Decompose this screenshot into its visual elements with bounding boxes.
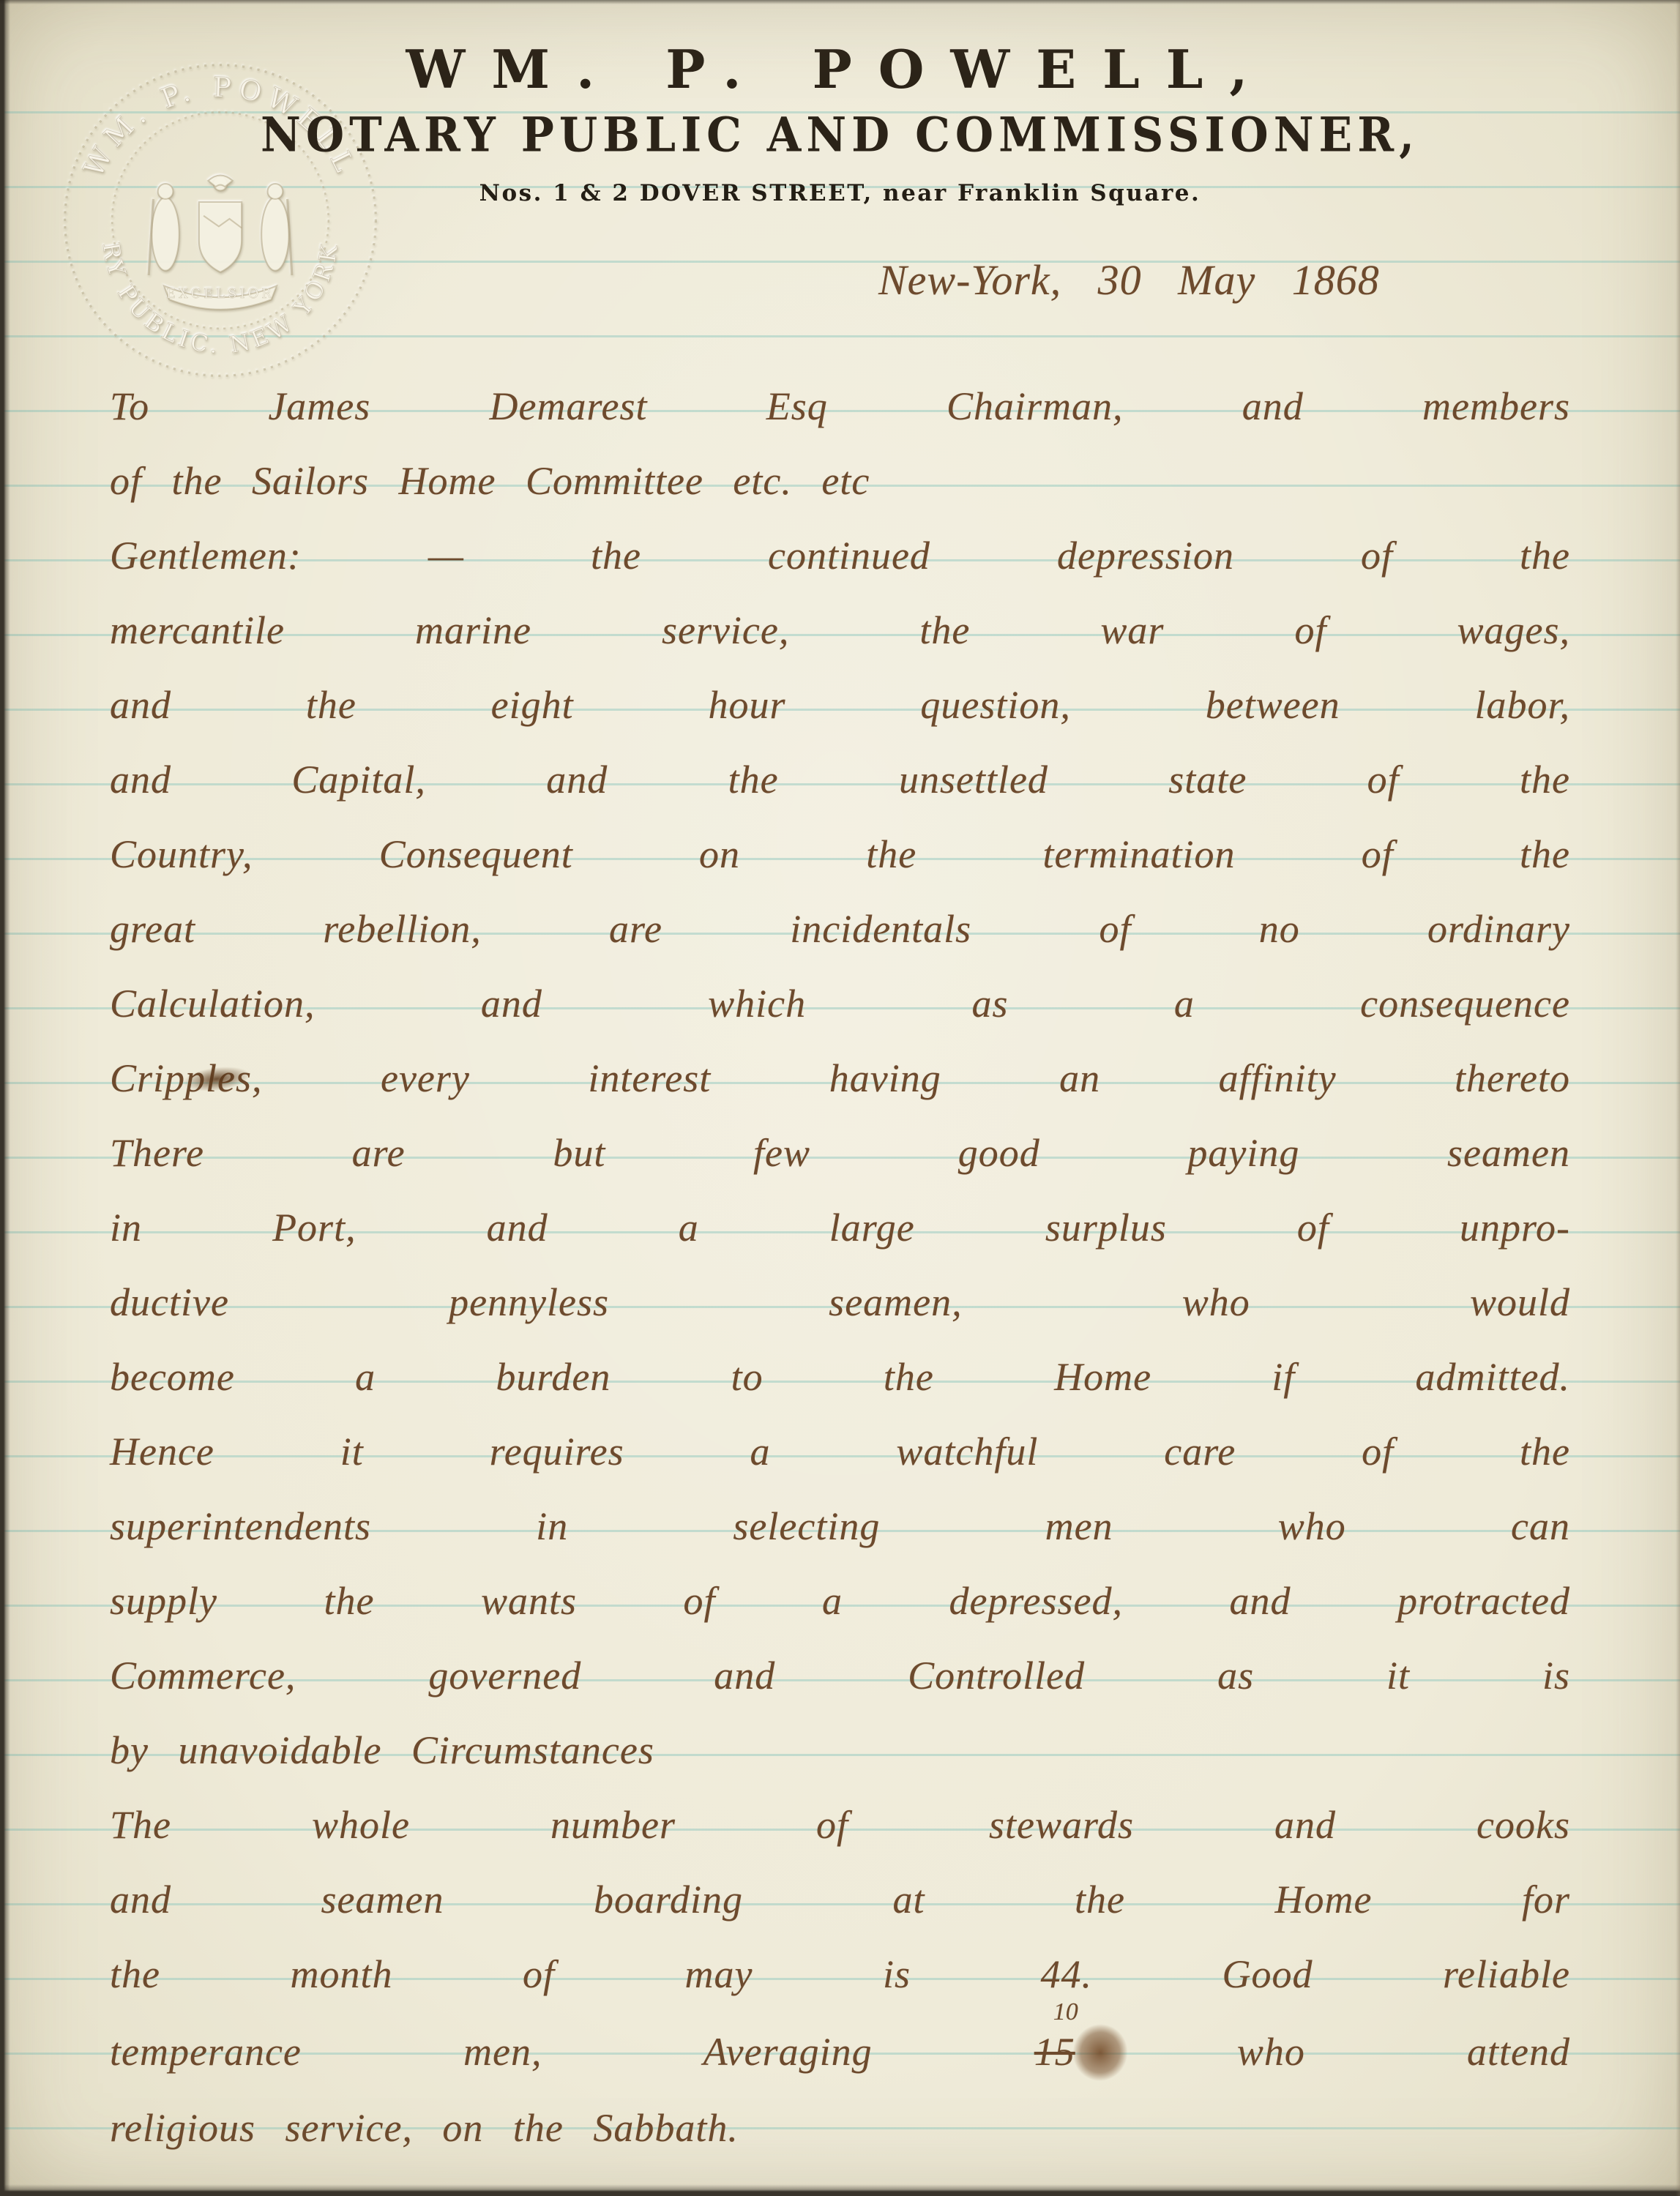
letter-line: and Capital, and the unsettled state of … bbox=[110, 754, 1570, 805]
corrected-number: 15 10 bbox=[1034, 2026, 1075, 2077]
letter-line: Calculation, and which as a consequence bbox=[110, 978, 1570, 1029]
scanned-letter-page: WM. P. POWELL NOTARY PUBLIC. NEW YORK CI… bbox=[0, 0, 1680, 2196]
letter-line-recipient-2: of the Sailors Home Committee etc. etc bbox=[110, 455, 1570, 507]
scan-edge-right bbox=[1676, 0, 1680, 2196]
letter-line: Country, Consequent on the termination o… bbox=[110, 829, 1570, 880]
letter-line: Commerce, governed and Controlled as it … bbox=[110, 1650, 1570, 1701]
letter-line: mercantile marine service, the war of wa… bbox=[110, 605, 1570, 656]
letter-line: great rebellion, are incidentals of no o… bbox=[110, 903, 1570, 955]
letter-line: supply the wants of a depressed, and pro… bbox=[110, 1575, 1570, 1627]
letterhead-title: NOTARY PUBLIC AND COMMISSIONER, bbox=[0, 108, 1680, 163]
letter-line: in Port, and a large surplus of unpro- bbox=[110, 1202, 1570, 1253]
letter-line: The whole number of stewards and cooks bbox=[110, 1799, 1570, 1850]
letter-line: superintendents in selecting men who can bbox=[110, 1501, 1570, 1552]
letterhead-address: Nos. 1 & 2 DOVER STREET, near Franklin S… bbox=[0, 180, 1680, 206]
correction-before-text: temperance men, Averaging bbox=[110, 2030, 873, 2074]
letter-line: Gentlemen: — the continued depression of… bbox=[110, 530, 1570, 581]
letter-line-recipient-1: To James Demarest Esq Chairman, and memb… bbox=[110, 381, 1570, 432]
letter-line-correction: temperance men, Averaging 15 10 who atte… bbox=[110, 2026, 1570, 2077]
scan-edge-bottom bbox=[0, 2184, 1680, 2196]
letter-line: and the eight hour question, between lab… bbox=[110, 679, 1570, 731]
scan-edge-left bbox=[0, 0, 10, 2196]
letter-line: the month of may is 44. Good reliable bbox=[110, 1949, 1570, 2000]
letter-line: become a burden to the Home if admitted. bbox=[110, 1351, 1570, 1403]
correction-after-text: who attend bbox=[1237, 2030, 1570, 2074]
letter-line-closing: religious service, on the Sabbath. bbox=[110, 2102, 1570, 2154]
scan-edge-top bbox=[0, 0, 1680, 4]
letter-line: by unavoidable Circumstances bbox=[110, 1725, 1570, 1776]
letterhead-name: WM. P. POWELL, bbox=[0, 38, 1680, 100]
date-line: New-York, 30 May 1868 bbox=[878, 255, 1581, 306]
letter-line: There are but few good paying seamen bbox=[110, 1127, 1570, 1179]
letter-line: ductive pennyless seamen, who would bbox=[110, 1277, 1570, 1328]
letter-line: Hence it requires a watchful care of the bbox=[110, 1426, 1570, 1477]
embossed-notary-seal: WM. P. POWELL NOTARY PUBLIC. NEW YORK CI… bbox=[53, 50, 388, 391]
letter-line: and seamen boarding at the Home for bbox=[110, 1874, 1570, 1925]
letter-line: Cripples, every interest having an affin… bbox=[110, 1053, 1570, 1104]
seal-banner-text: EXCELSIOR bbox=[166, 287, 275, 302]
